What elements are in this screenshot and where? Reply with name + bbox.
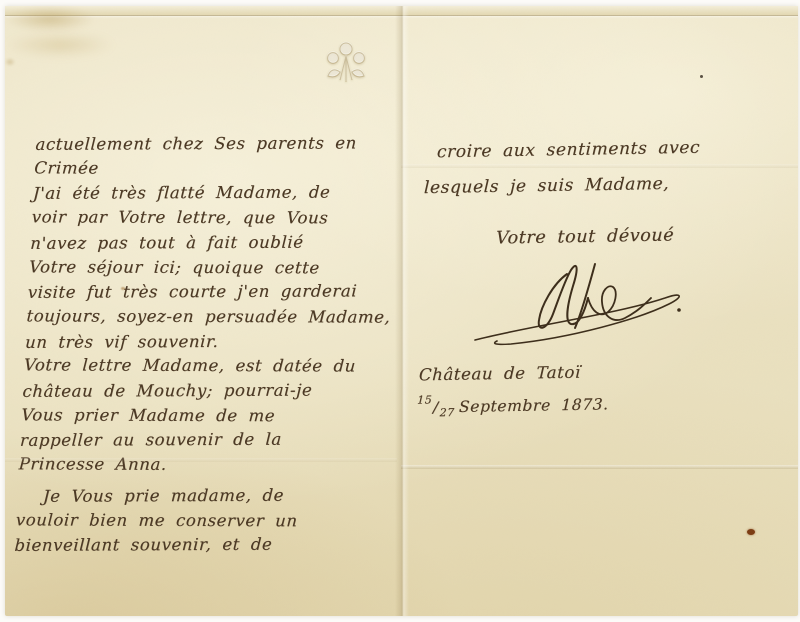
handwriting-line: Votre lettre Madame, est datée du [23,354,400,380]
date-fraction: 15/27 [416,393,455,420]
date-text: Septembre 1873. [459,395,609,416]
date-slash: / [433,398,439,416]
handwriting-line: visite fut très courte j'en garderai [27,279,404,305]
handwriting-line: J'ai été très flatté Madame, de [32,181,409,207]
signature-flourish: Georg [467,258,717,354]
handwriting-line: vouloir bien me conserver un [15,508,392,534]
handwriting-line: croire aux sentiments avec [437,138,701,163]
handwriting-line: Je Vous prie madame, de [42,483,393,509]
handwriting-line: toujours, soyez-en persuadée Madame, [26,304,403,330]
place-line: Château de Tatoï [419,363,582,385]
paper-stain [5,32,115,58]
letter-photograph: actuellement chez Ses parents en Crimée … [0,0,800,622]
handwriting-line: Princesse Anna. [18,452,395,478]
date-denominator: 27 [439,406,455,419]
handwriting-line: bienveillant souvenir, et de [14,532,391,558]
handwriting-line: Vous prier Madame de me [21,403,398,429]
handwriting-line: n'avez pas tout à fait oublié [30,230,407,256]
date-numerator: 15 [417,393,433,406]
closing-line: Votre tout dévoué [496,225,675,248]
paper-crease [401,465,798,469]
handwriting-line: actuellement chez Ses parents en [35,131,412,157]
left-page-text: actuellement chez Ses parents en Crimée … [14,132,412,558]
handwriting-line: un très vif souvenir. [25,329,402,355]
handwriting-line: lesquels je suis Madame, [424,174,670,198]
center-fold [395,6,409,616]
handwriting-line: Votre séjour ici; quoique cette [28,255,405,281]
paper-stain [5,6,95,32]
handwriting-line: château de Mouchy; pourrai-je [22,378,399,404]
paper-crease [5,458,397,462]
paper-crease [401,164,798,168]
handwriting-line: voir par Votre lettre, que Vous [31,205,408,231]
date-line: 15/27Septembre 1873. [416,390,609,419]
handwriting-line: Crimée [34,156,411,182]
foxing-spot [747,529,755,535]
paper-stain [5,58,15,66]
embossed-crest-icon [317,38,375,92]
foxing-spot [121,287,125,290]
letter-paper-sheet: actuellement chez Ses parents en Crimée … [5,6,798,616]
ink-speck [700,75,703,78]
handwriting-line: rappeller au souvenir de la [19,428,396,454]
